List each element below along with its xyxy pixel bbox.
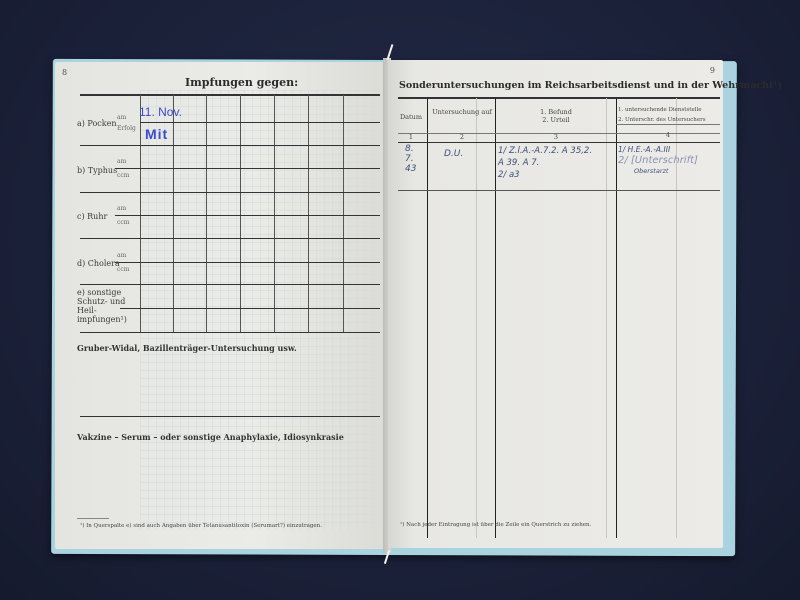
sub-label-ccm: ccm	[117, 219, 129, 226]
sub-label-ccm: ccm	[117, 172, 129, 179]
rule	[80, 94, 380, 96]
column-number: 2	[432, 134, 492, 142]
column-header-dienststelle: 1. untersuchende Dienststelle 2. Untersc…	[618, 106, 718, 126]
sub-label-am: am	[117, 114, 126, 121]
column-line	[274, 95, 275, 333]
column-line	[173, 95, 174, 333]
rule	[80, 416, 380, 417]
sub-label-am: am	[117, 158, 126, 165]
rule	[80, 284, 380, 285]
footnote: ¹) Nach jeder Eintragung ist über die Ze…	[400, 522, 591, 528]
sub-label-ccm: ccm	[117, 266, 129, 273]
rule	[80, 238, 380, 239]
date-year: 43	[405, 164, 416, 174]
entry-findings: 1/ Z.l.A.-A.7.2. A 35,2. A 39. A 7. 2/ a…	[498, 145, 592, 181]
rule	[120, 308, 380, 309]
column-line	[343, 95, 344, 333]
column-line	[206, 95, 207, 333]
stamp-date: 11. Nov.	[139, 105, 182, 119]
sub-label-am: am	[117, 252, 126, 259]
rule	[616, 124, 720, 125]
guide-line	[606, 98, 607, 538]
footnote: ¹) In Querspalte e) sind auch Angaben üb…	[80, 523, 322, 529]
label-line: impfungen¹)	[77, 315, 127, 324]
guide-line	[476, 98, 477, 538]
row-label-typhus: b) Typhus	[77, 166, 117, 175]
column-line	[240, 95, 241, 333]
sub-label-erfolg: Erfolg	[117, 125, 136, 132]
signature: 2/ [Unterschrift]	[618, 155, 698, 166]
rule	[398, 142, 720, 143]
finding-line: 2/ a3	[498, 169, 592, 181]
finding-line: A 39. A 7.	[498, 157, 592, 169]
office-line: 1/ H.E.-A.-A.III	[618, 144, 698, 155]
rule	[398, 97, 720, 99]
rule	[140, 122, 380, 123]
grid-pattern	[140, 90, 380, 530]
column-divider	[427, 98, 428, 538]
column-header-befund-urteil: 1. Befund 2. Urteil	[500, 109, 612, 125]
rule	[115, 262, 380, 263]
column-divider	[616, 98, 617, 538]
column-line	[308, 95, 309, 333]
column-header-untersuchung: Untersuchung auf	[432, 109, 492, 117]
right-page: 9 Sonderuntersuchungen im Reichsarbeitsd…	[388, 60, 723, 548]
column-line	[140, 95, 141, 333]
column-number: 1	[396, 134, 426, 142]
page-title: Sonderuntersuchungen im Reichsarbeitsdie…	[399, 80, 782, 91]
open-booklet: 8 Impfungen gegen: a) Pocken am Erfolg 1…	[0, 0, 800, 600]
section-gruber-widal: Gruber-Widal, Bazillenträger-Untersuchun…	[77, 343, 297, 353]
footnote-rule	[77, 518, 109, 519]
row-label-ruhr: c) Ruhr	[77, 212, 107, 221]
rule	[80, 192, 380, 193]
label-line: e) sonstige	[77, 288, 127, 297]
entry-examination-type: D.U.	[444, 149, 463, 159]
rule	[80, 145, 380, 146]
column-divider	[495, 98, 496, 538]
rule	[80, 332, 380, 333]
sub-label-am: am	[117, 205, 126, 212]
rule	[115, 168, 380, 169]
entry-strike-line	[398, 190, 720, 191]
page-title: Impfungen gegen:	[185, 76, 298, 89]
entry-date: 8. 7. 43	[405, 144, 416, 174]
date-day: 8.	[405, 144, 416, 154]
column-number: 4	[618, 132, 718, 140]
row-label-sonstige: e) sonstige Schutz- und Heil- impfungen¹…	[77, 288, 127, 324]
stamp-result: Mit	[145, 126, 168, 142]
finding-line: 1/ Z.l.A.-A.7.2. A 35,2.	[498, 145, 592, 157]
column-number: 3	[500, 134, 612, 142]
left-page: 8 Impfungen gegen: a) Pocken am Erfolg 1…	[55, 62, 385, 549]
signer-rank: Oberstarzt	[618, 166, 698, 177]
page-number: 9	[710, 66, 715, 75]
entry-office-signature: 1/ H.E.-A.-A.III 2/ [Unterschrift] Obers…	[618, 144, 698, 177]
column-header-datum: Datum	[396, 114, 426, 122]
row-label-cholera: d) Cholera	[77, 259, 120, 268]
section-vakzine-serum: Vakzine – Serum – oder sonstige Anaphyla…	[77, 432, 344, 442]
rule	[115, 215, 380, 216]
date-month: 7.	[405, 154, 416, 164]
label-line: Schutz- und	[77, 297, 127, 306]
page-number: 8	[62, 68, 67, 77]
row-label-pocken: a) Pocken	[77, 119, 117, 128]
